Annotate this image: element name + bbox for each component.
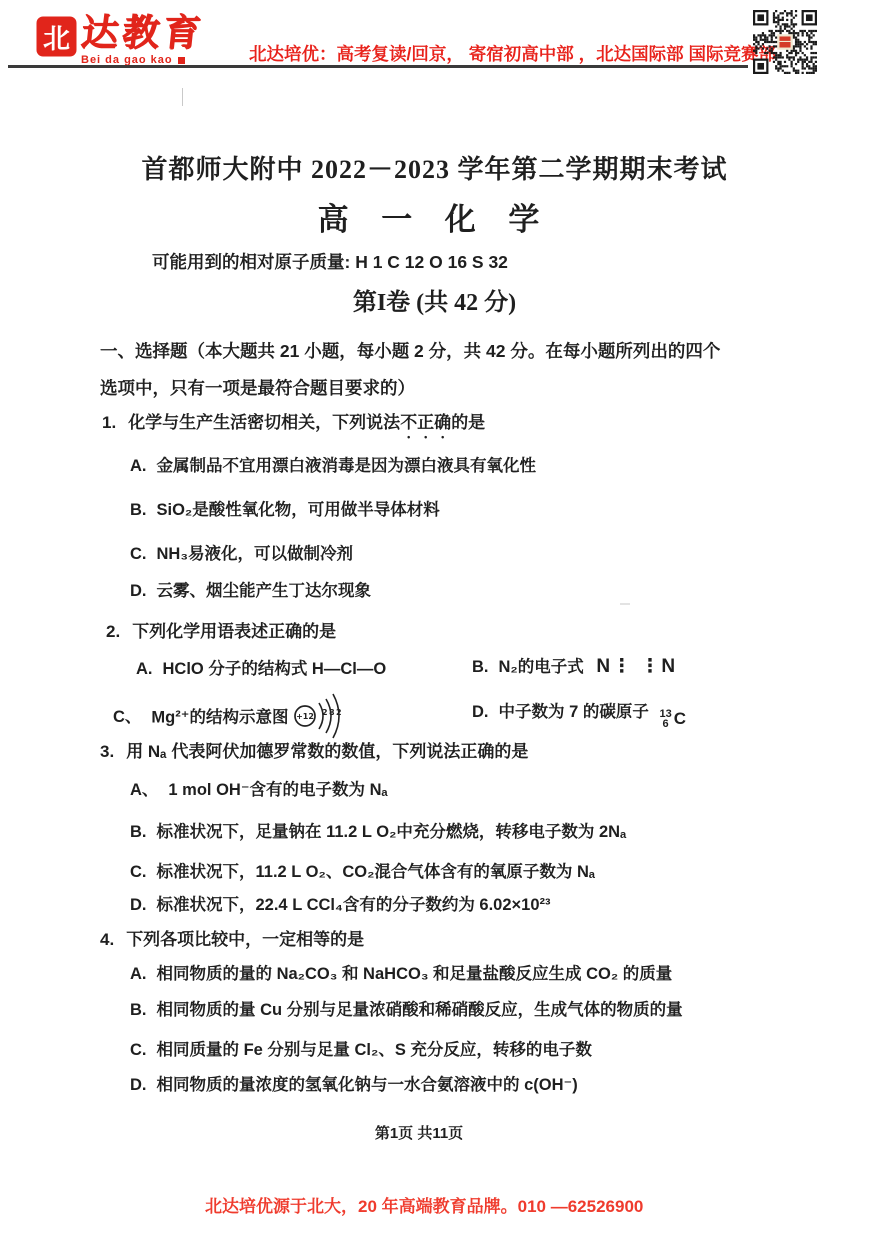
section-title: 第I卷 (共 42 分) [0,282,869,317]
option-text: 金属制品不宜用漂白液消毒是因为漂白液具有氧化性 [157,457,537,475]
option-text: 相同物质的量 Cu 分别与足量浓硝酸和稀硝酸反应，生成气体的物质的量 [157,1001,683,1019]
question-3-option-c: C.标准状况下，11.2 L O₂、CO₂混合气体含有的氧原子数为 Nₐ [130,858,595,882]
question-3-text: 用 Nₐ 代表阿伏加德罗常数的数值，下列说法正确的是 [126,742,528,761]
scan-artifact [182,88,183,106]
svg-text:2: 2 [336,708,342,717]
option-text: 中子数为 7 的碳原子 [499,703,649,721]
option-label: B. [130,1001,147,1019]
option-text: 云雾、烟尘能产生丁达尔现象 [157,582,372,600]
red-square-icon [178,57,185,64]
question-3-option-b: B.标准状况下，足量钠在 11.2 L O₂中充分燃烧，转移电子数为 2Nₐ [130,818,626,842]
option-text: 相同质量的 Fe 分别与足量 Cl₂、S 充分反应，转移的电子数 [157,1041,592,1059]
question-4-option-c: C.相同质量的 Fe 分别与足量 Cl₂、S 充分反应，转移的电子数 [130,1036,592,1060]
exam-title: 首都师大附中 2022－2023 学年第二学期期末考试 [0,149,869,186]
qr-code-icon [753,10,817,74]
question-2-option-b: B.N₂的电子式 N⋮ ⋮N [472,653,677,678]
option-label: D. [130,1076,147,1094]
option-label: D. [472,703,489,721]
question-2-text: 下列化学用语表述正确的是 [132,622,336,641]
option-label: B. [130,823,147,841]
option-text: Mg²⁺的结构示意图 [151,708,288,726]
question-4-number: 4. [100,930,114,949]
option-label: A. [130,965,147,983]
option-text: N₂的电子式 [499,658,584,676]
option-text: 1 mol OH⁻含有的电子数为 Nₐ [168,781,387,799]
question-1-text-suffix: 的是 [451,413,485,432]
svg-text:8: 8 [329,708,335,717]
question-4-option-a: A.相同物质的量的 Na₂CO₃ 和 NaHCO₃ 和足量盐酸反应生成 CO₂ … [130,960,672,984]
question-1-option-b: B.SiO₂是酸性氧化物，可用做半导体材料 [130,496,440,520]
option-text: 标准状况下，足量钠在 11.2 L O₂中充分燃烧，转移电子数为 2Nₐ [157,823,627,841]
option-text: 标准状况下，11.2 L O₂、CO₂混合气体含有的氧原子数为 Nₐ [157,863,596,881]
option-label: A. [136,660,153,678]
option-text: SiO₂是酸性氧化物，可用做半导体材料 [157,501,440,519]
svg-text:+12: +12 [297,712,315,721]
question-1-text: 化学与生产生活密切相关，下列说法 [128,413,400,432]
option-label: B. [130,501,147,519]
question-2-option-d: D.中子数为 7 的碳原子 13 6 C [472,698,686,730]
option-text: 相同物质的量的 Na₂CO₃ 和 NaHCO₃ 和足量盐酸反应生成 CO₂ 的质… [157,965,673,983]
question-4-stem: 4.下列各项比较中，一定相等的是 [100,925,790,950]
brand-logo: 北 达教育 Bei da gao kao [38,14,204,66]
option-text: 标准状况下，22.4 L CCl₄含有的分子数约为 6.02×10²³ [157,896,551,914]
option-label: B. [472,658,489,676]
option-label: D. [130,896,147,914]
brand-logo-text-block: 达教育 Bei da gao kao [81,14,204,66]
scan-artifact [620,603,630,605]
question-2-number: 2. [106,622,120,641]
section-instructions-line2: 选项中，只有一项是最符合题目要求的） [100,375,780,400]
question-4-option-d: D.相同物质的量浓度的氢氧化钠与一水合氨溶液中的 c(OH⁻) [130,1071,578,1095]
question-1-option-a: A.金属制品不宜用漂白液消毒是因为漂白液具有氧化性 [130,452,536,476]
contact-footer: 北达培优源于北大，20 年高端教育品牌。010 —62526900 [205,1192,643,1217]
question-1-option-c: C.NH₃易液化，可以做制冷剂 [130,540,353,564]
header-slogan: 北达培优：高考复读/回京， 寄宿初高中部 ，北达国际部 国际竞赛部 [249,41,729,66]
option-text: HClO 分子的结构式 H—Cl—O [163,660,387,678]
question-1-emphasized-text: 不正确 [400,413,451,432]
option-text: NH₃易液化，可以做制冷剂 [157,545,353,563]
option-label: A. [130,457,147,475]
qr-code-svg [753,10,817,74]
section-instructions-line1: 一、选择题（本大题共 21 小题，每小题 2 分，共 42 分。在每小题所列出的… [100,338,780,363]
option-label: D. [130,582,147,600]
question-4-text: 下列各项比较中，一定相等的是 [126,930,364,949]
option-label: C. [130,1041,147,1059]
electron-formula: N⋮ ⋮N [596,656,677,677]
question-4-option-b: B.相同物质的量 Cu 分别与足量浓硝酸和稀硝酸反应，生成气体的物质的量 [130,996,683,1020]
isotope-symbol: C [674,709,686,729]
svg-text:2: 2 [322,708,328,717]
question-3-number: 3. [100,742,114,761]
question-3-option-a: A、1 mol OH⁻含有的电子数为 Nₐ [130,776,388,800]
header-divider [8,65,748,68]
option-label: C. [130,545,147,563]
question-3-option-d: D.标准状况下，22.4 L CCl₄含有的分子数约为 6.02×10²³ [130,891,551,915]
isotope-notation: 13 6 C [659,709,686,730]
question-2-stem: 2.下列化学用语表述正确的是 [106,617,796,642]
option-label: A、 [130,781,158,799]
option-label: C、 [113,708,141,726]
atomic-structure-diagram: +12 2 8 2 [292,690,354,742]
atomic-masses-line: 可能用到的相对原子质量: H 1 C 12 O 16 S 32 [152,249,508,274]
question-1-stem: 1.化学与生产生活密切相关，下列说法不正确的是 [102,408,792,442]
question-3-stem: 3.用 Nₐ 代表阿伏加德罗常数的数值，下列说法正确的是 [100,737,790,762]
option-text: 相同物质的量浓度的氢氧化钠与一水合氨溶液中的 c(OH⁻) [157,1076,578,1094]
option-label: C. [130,863,147,881]
brand-logo-name: 达教育 [79,14,206,54]
question-1-option-d: D.云雾、烟尘能产生丁达尔现象 [130,577,371,601]
question-2-option-a: A.HClO 分子的结构式 H—Cl—O [136,655,386,679]
question-1-number: 1. [102,413,116,432]
isotope-atomic-number: 6 [663,719,669,729]
subject-title: 高 一 化 学 [0,194,869,239]
page-number: 第1页 共11页 [0,1122,838,1143]
brand-logo-square-char: 北 [43,17,70,56]
exam-page: 北 达教育 Bei da gao kao 北达培优：高考复读/回京， 寄宿初高中… [0,0,869,1247]
brand-logo-square-icon: 北 [38,18,75,55]
